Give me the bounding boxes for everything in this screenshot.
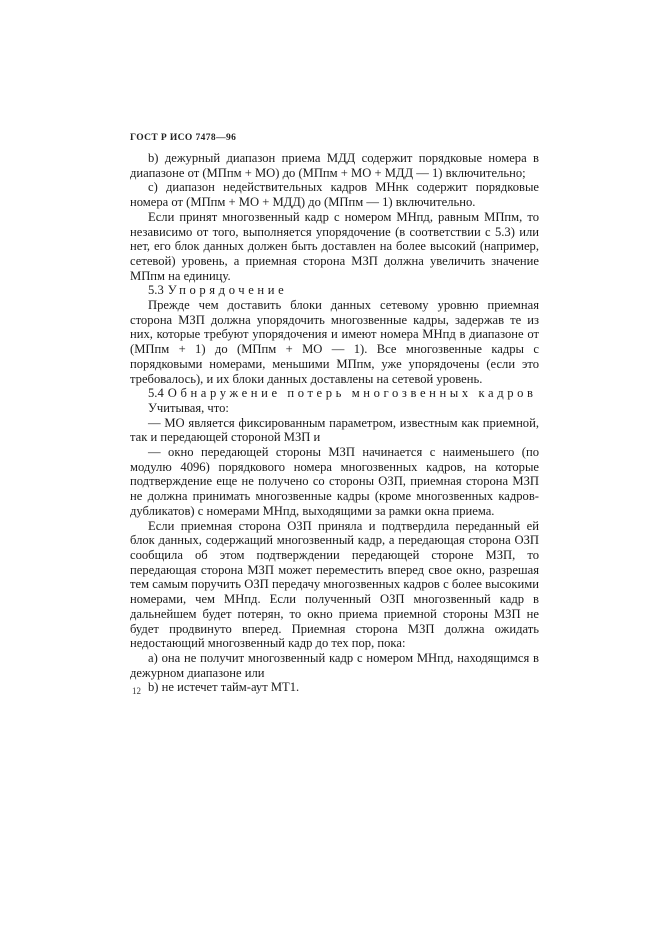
- condition-a: a) она не получит многозвенный кадр с но…: [130, 651, 539, 680]
- section-5-4-paragraph: Если приемная сторона ОЗП приняла и подт…: [130, 519, 539, 651]
- section-5-3-paragraph: Прежде чем доставить блоки данных сетево…: [130, 298, 539, 386]
- section-5-4-heading: 5.4Обнаружение потерь многозвенных кадро…: [130, 386, 539, 401]
- section-5-3-heading: 5.3Упорядочение: [130, 283, 539, 298]
- item-b-paragraph: b) дежурный диапазон приема МДД содержит…: [130, 151, 539, 180]
- page-number: 12: [132, 686, 141, 696]
- received-frame-paragraph: Если принят многозвенный кадр с номером …: [130, 210, 539, 284]
- dash-item-2: — окно передающей стороны МЗП начинается…: [130, 445, 539, 519]
- dash-item-1: — МО является фиксированным параметром, …: [130, 416, 539, 445]
- document-header: ГОСТ Р ИСО 7478—96: [130, 133, 236, 143]
- document-body: b) дежурный диапазон приема МДД содержит…: [130, 151, 539, 695]
- section-5-4-intro: Учитывая, что:: [130, 401, 539, 416]
- section-5-3-number: 5.3: [148, 283, 164, 297]
- condition-b: b) не истечет тайм-аут МТ1.: [130, 680, 539, 695]
- section-5-3-title: Упорядочение: [168, 283, 288, 297]
- section-5-4-title: Обнаружение потерь многозвенных кадров: [168, 386, 537, 400]
- item-c-paragraph: c) диапазон недействительных кадров МНнк…: [130, 180, 539, 209]
- section-5-4-number: 5.4: [148, 386, 164, 400]
